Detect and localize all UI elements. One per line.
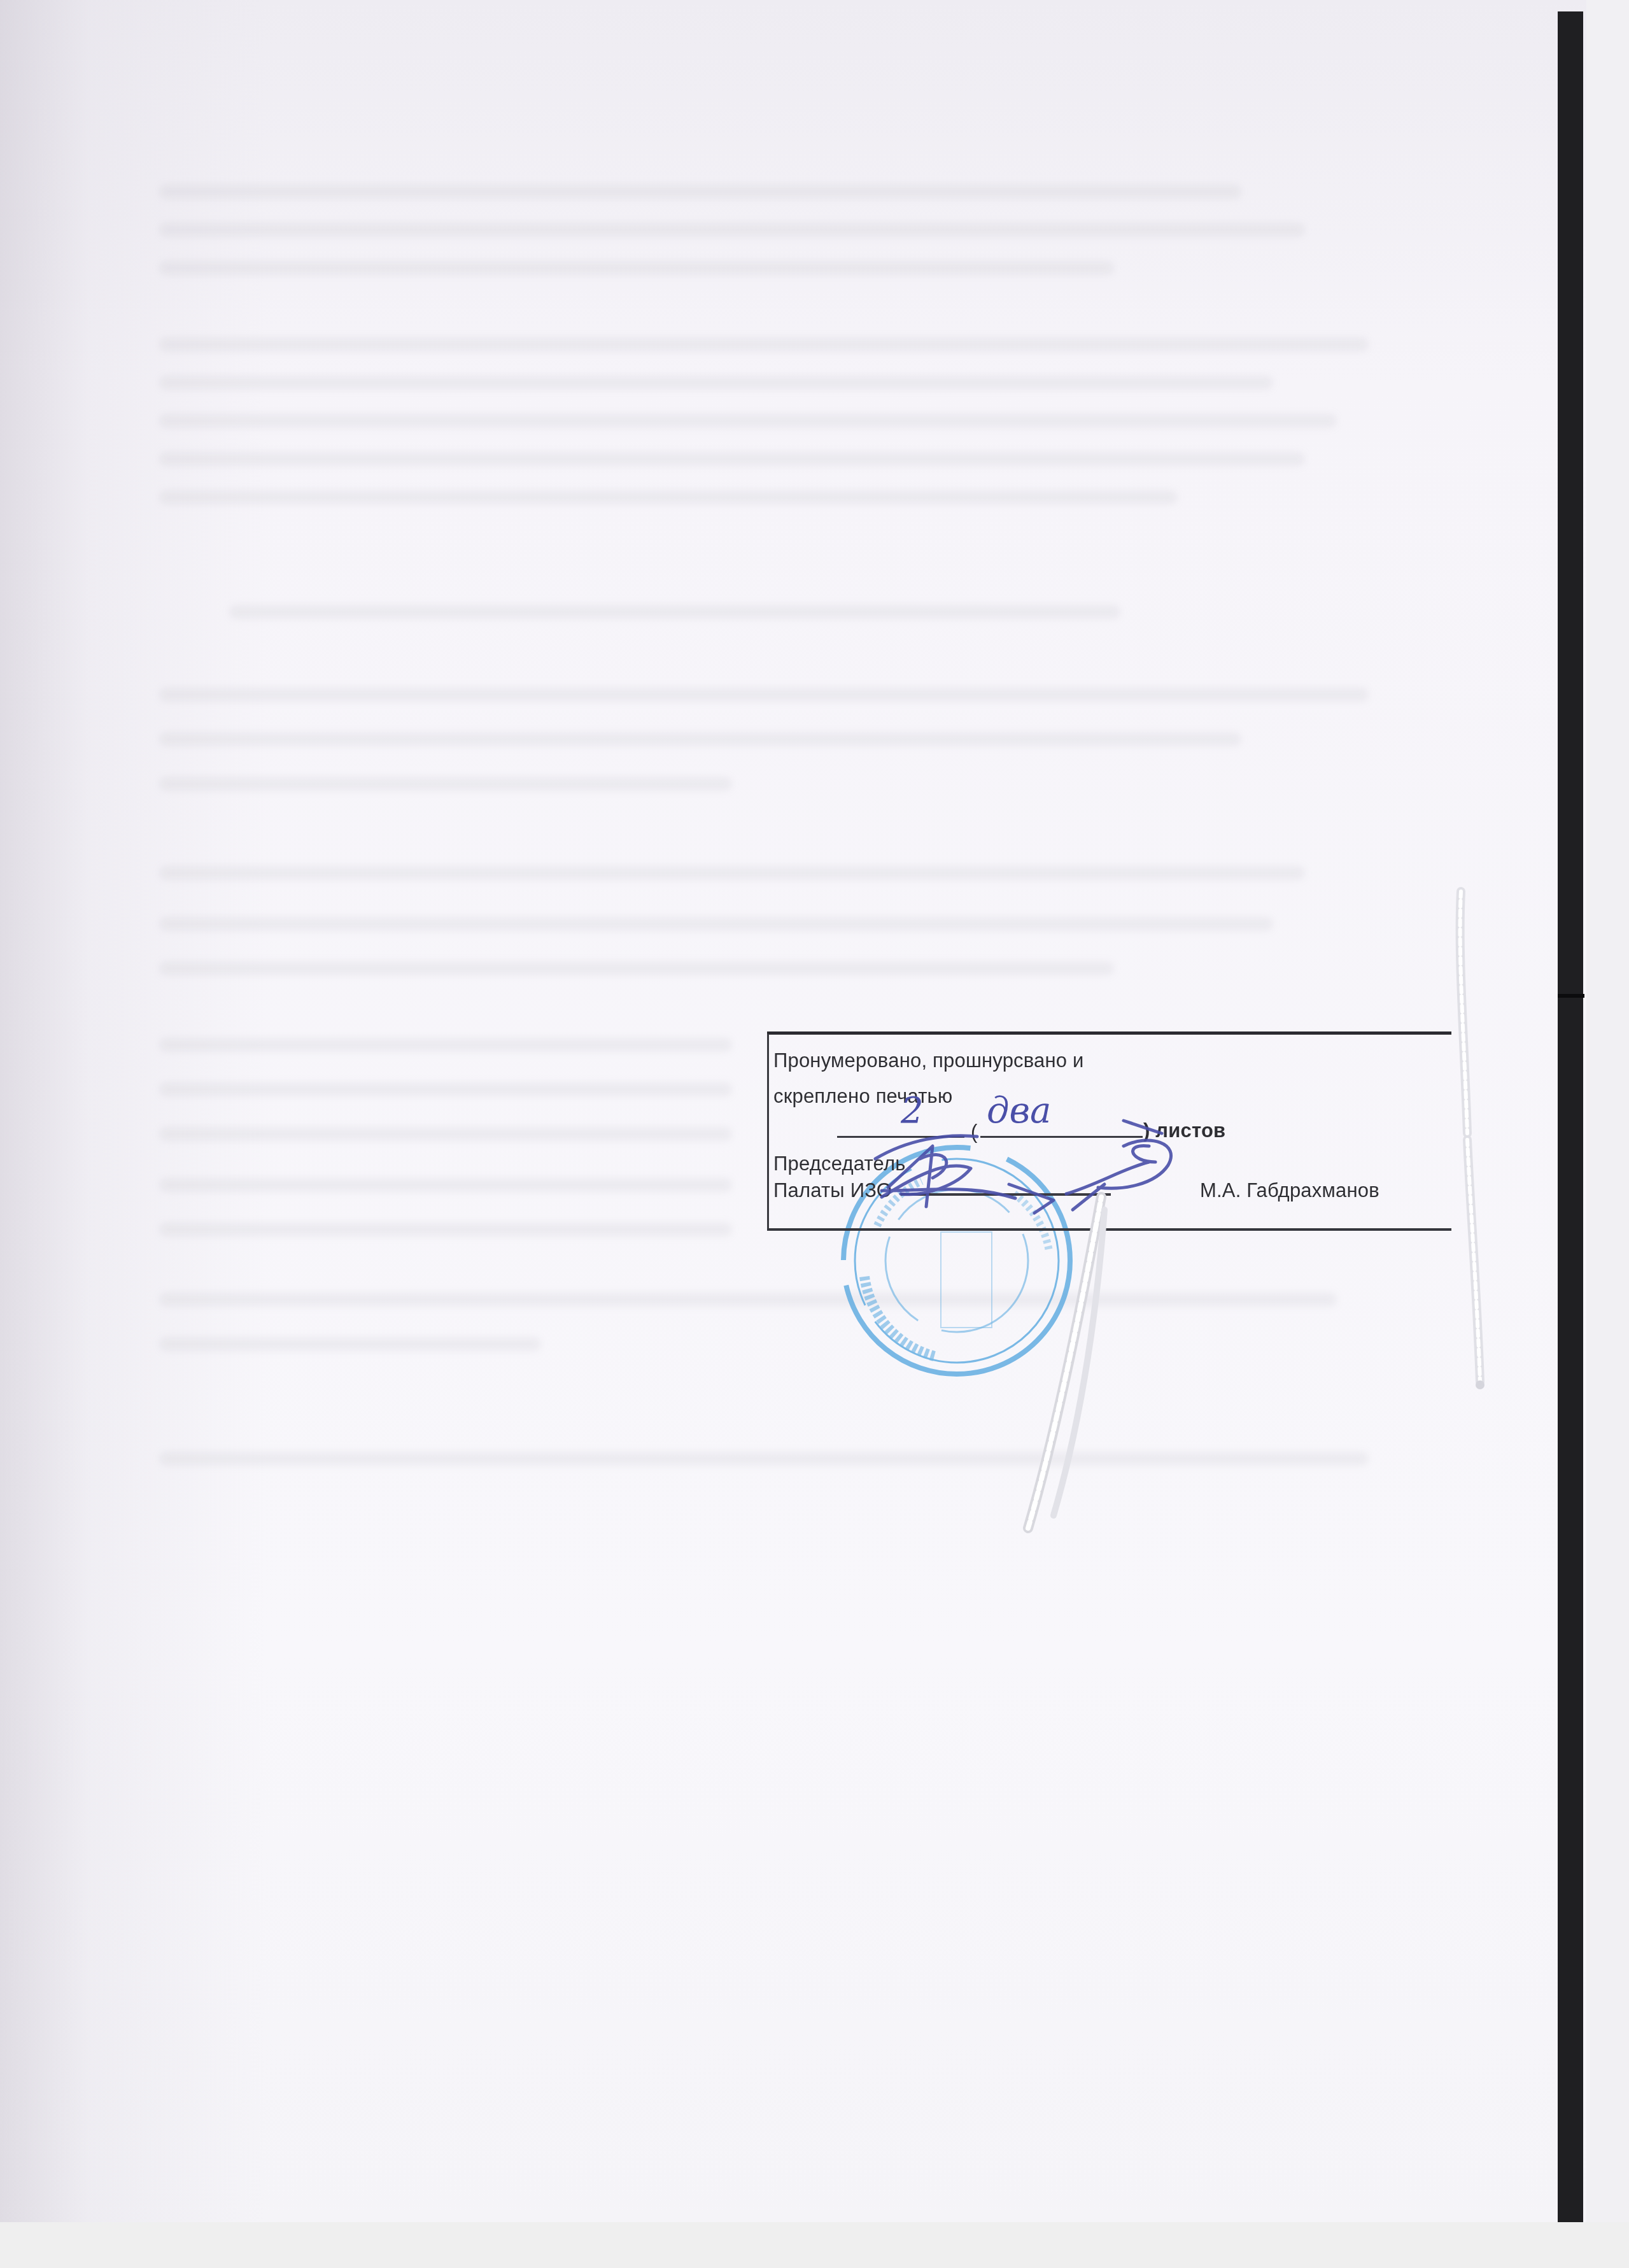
scan-right-margin — [1586, 0, 1629, 2222]
scan-edge-notch — [1558, 994, 1584, 998]
scan-dark-edge-band — [1558, 11, 1583, 2222]
handwritten-signature — [767, 1031, 1451, 1231]
scan-bottom-edge — [0, 2222, 1629, 2268]
